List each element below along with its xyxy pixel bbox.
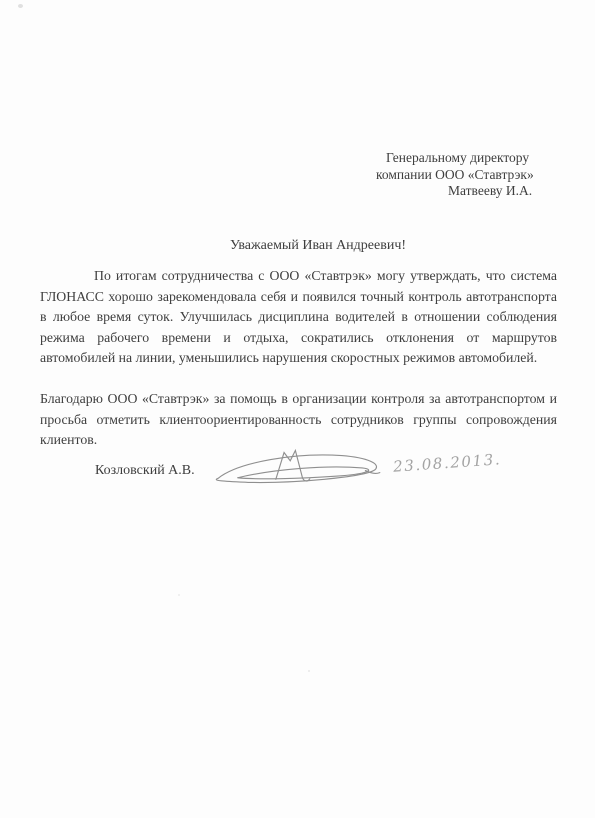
recipient-line: Генеральному директору	[386, 150, 546, 167]
handwritten-signature-icon	[212, 448, 387, 490]
scan-speck	[308, 670, 310, 672]
scan-speck	[178, 594, 180, 596]
signer-name: Козловский А.В.	[95, 463, 195, 479]
letter-page: Генеральному директору компании ООО «Ста…	[0, 0, 595, 818]
handwritten-date: 23.08.2013.	[393, 450, 502, 476]
recipient-block: Генеральному директору компании ООО «Ста…	[376, 150, 546, 200]
body-paragraph-1: По итогам сотрудничества с ООО «Ставтрэк…	[40, 266, 557, 369]
recipient-line: Матвееву И.А.	[448, 183, 546, 200]
recipient-line: компании ООО «Ставтрэк»	[376, 167, 546, 184]
signature-row: Козловский А.В. 23.08.2013.	[0, 440, 595, 500]
salutation: Уважаемый Иван Андреевич!	[230, 238, 406, 254]
scan-speck	[18, 4, 23, 8]
